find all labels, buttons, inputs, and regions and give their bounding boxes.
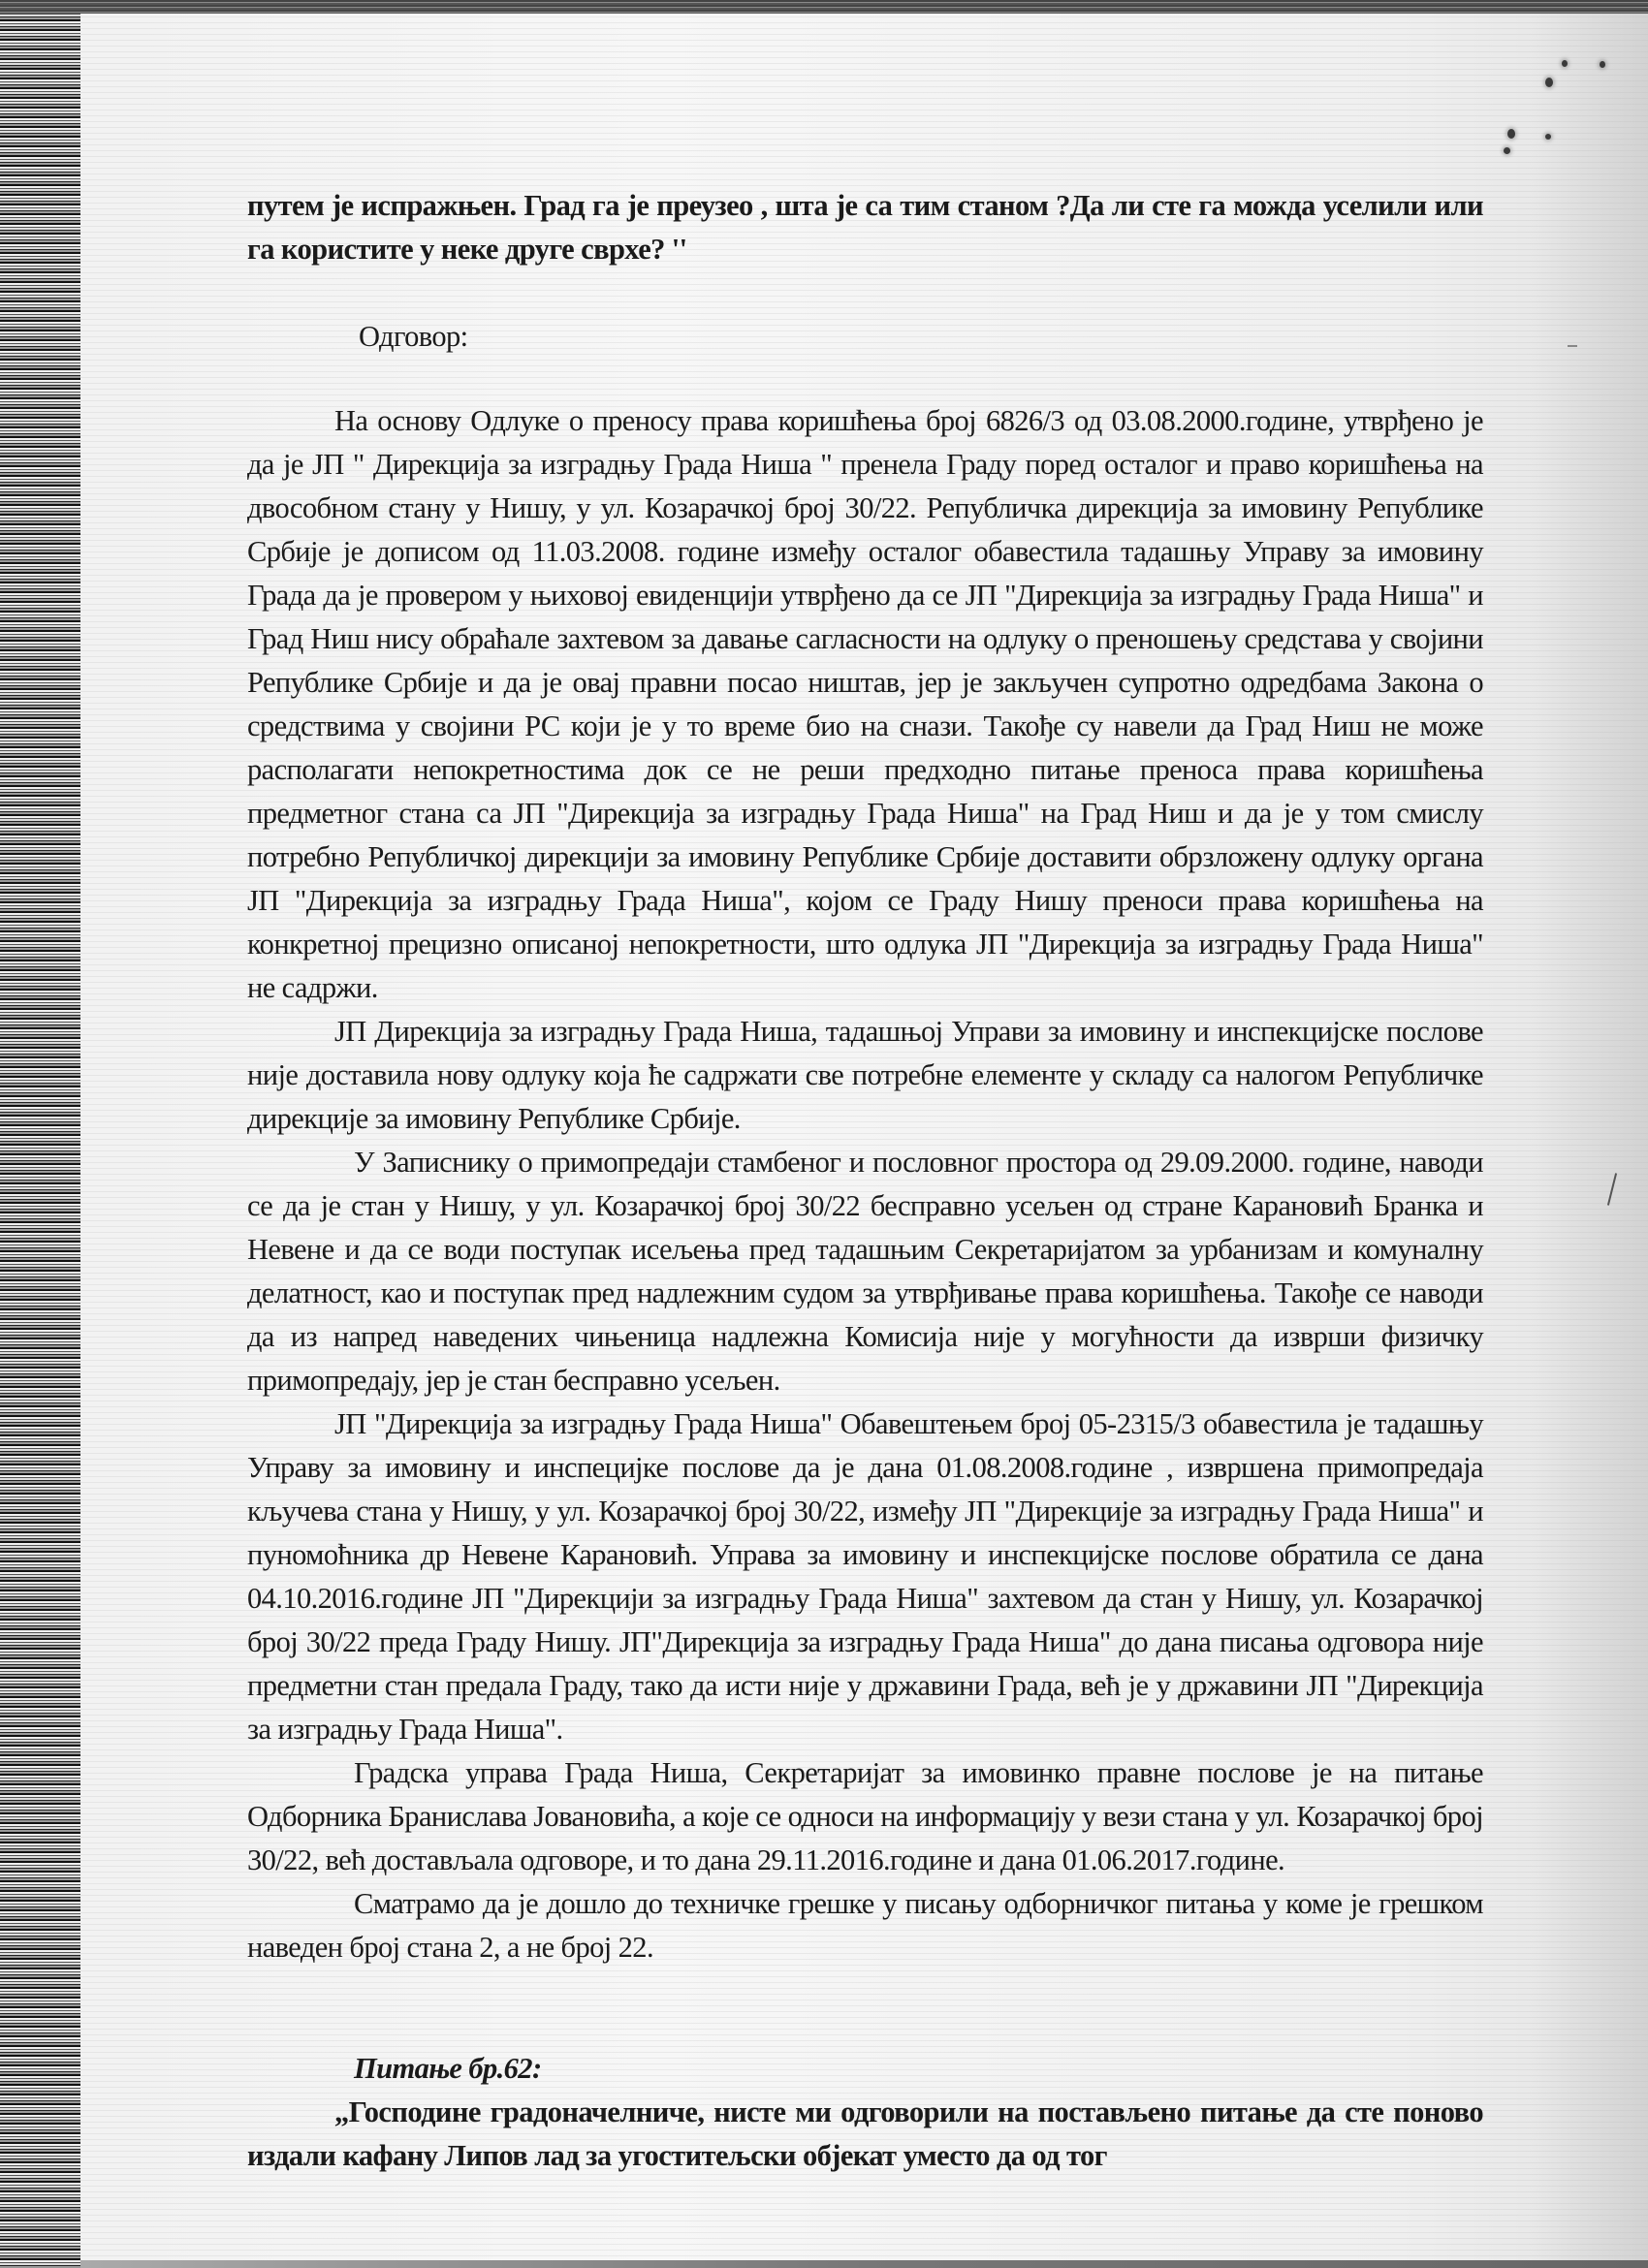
answer-paragraph: Градска управа Града Ниша, Секретаријат … (247, 1751, 1483, 1882)
answer-paragraph: Сматрамо да је дошло до техничке грешке … (247, 1882, 1483, 1969)
staple-hole-mark (1600, 61, 1605, 68)
staple-hole-mark (1545, 78, 1553, 87)
question-number-heading: Питање бр.62: (247, 2047, 1483, 2091)
scan-shadow (1532, 0, 1648, 2268)
answer-heading: Одговор: (247, 315, 1483, 359)
previous-question-text: путем је испражњен. Град га је преузео ,… (247, 184, 1483, 271)
question-text: „Господине градоначелниче, нисте ми одго… (247, 2091, 1483, 2178)
scan-scratch-mark (1568, 345, 1577, 347)
staple-hole-mark (1504, 147, 1510, 154)
answer-paragraph: ЈП "Дирекција за изградњу Града Ниша" Об… (247, 1402, 1483, 1751)
staple-hole-mark (1507, 129, 1515, 139)
staple-hole-mark (1562, 60, 1568, 67)
spacer (247, 1969, 1483, 2047)
scanner-edge-strip (0, 0, 80, 2268)
scanner-top-edge (0, 0, 1648, 14)
answer-paragraph: У Записнику о примопредаји стамбеног и п… (247, 1141, 1483, 1402)
spacer (247, 359, 1483, 399)
scanner-bottom-edge (80, 2260, 1648, 2268)
answer-paragraph: На основу Одлуке о преносу права коришће… (247, 399, 1483, 1010)
staple-hole-mark (1545, 134, 1551, 140)
answer-paragraph: ЈП Дирекција за изградњу Града Ниша, тад… (247, 1010, 1483, 1141)
document-page: путем је испражњен. Град га је преузео ,… (247, 184, 1483, 2178)
